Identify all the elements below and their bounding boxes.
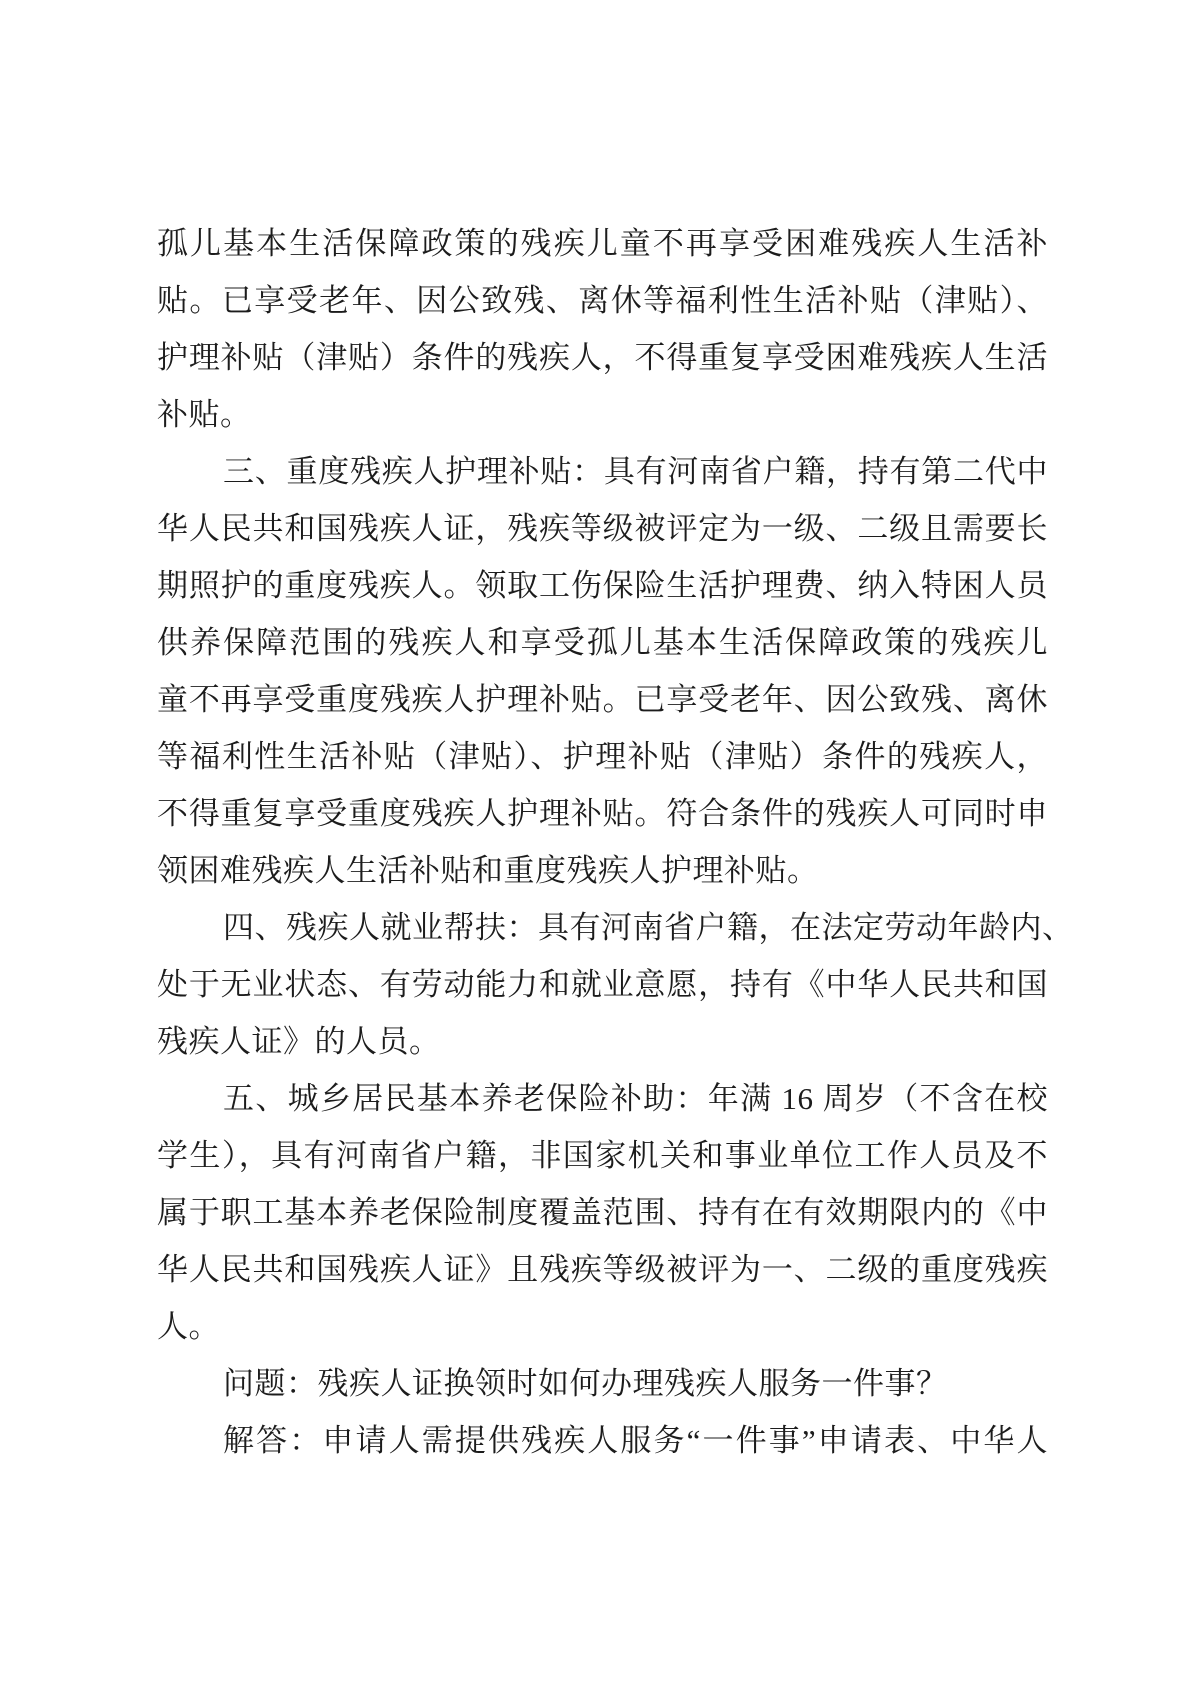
- text-line: 孤儿基本生活保障政策的残疾儿童不再享受困难残疾人生活补: [157, 215, 1048, 272]
- text-line: 残疾人证》的人员。: [157, 1013, 1048, 1070]
- text-line: 华人民共和国残疾人证，残疾等级被评定为一级、二级且需要长: [157, 500, 1048, 557]
- text-line: 属于职工基本养老保险制度覆盖范围、持有在有效期限内的《中: [157, 1184, 1048, 1241]
- text-line: 童不再享受重度残疾人护理补贴。已享受老年、因公致残、离休: [157, 671, 1048, 728]
- text-line: 贴。已享受老年、因公致残、离休等福利性生活补贴（津贴）、: [157, 272, 1048, 329]
- text-line: 人。: [157, 1298, 1048, 1355]
- text-line: 五、城乡居民基本养老保险补助：年满 16 周岁（不含在校: [157, 1070, 1048, 1127]
- text-line: 处于无业状态、有劳动能力和就业意愿，持有《中华人民共和国: [157, 956, 1048, 1013]
- text-line: 三、重度残疾人护理补贴：具有河南省户籍，持有第二代中: [157, 443, 1048, 500]
- text-line: 华人民共和国残疾人证》且残疾等级被评为一、二级的重度残疾: [157, 1241, 1048, 1298]
- text-line: 问题：残疾人证换领时如何办理残疾人服务一件事？: [157, 1355, 1048, 1412]
- text-line: 四、残疾人就业帮扶：具有河南省户籍，在法定劳动年龄内、: [157, 899, 1048, 956]
- text-line: 等福利性生活补贴（津贴）、护理补贴（津贴）条件的残疾人，: [157, 728, 1048, 785]
- document-text-block: 孤儿基本生活保障政策的残疾儿童不再享受困难残疾人生活补贴。已享受老年、因公致残、…: [157, 215, 1048, 1469]
- text-line: 补贴。: [157, 386, 1048, 443]
- text-line: 期照护的重度残疾人。领取工伤保险生活护理费、纳入特困人员: [157, 557, 1048, 614]
- text-line: 供养保障范围的残疾人和享受孤儿基本生活保障政策的残疾儿: [157, 614, 1048, 671]
- text-line: 护理补贴（津贴）条件的残疾人，不得重复享受困难残疾人生活: [157, 329, 1048, 386]
- text-line: 领困难残疾人生活补贴和重度残疾人护理补贴。: [157, 842, 1048, 899]
- text-line: 学生），具有河南省户籍，非国家机关和事业单位工作人员及不: [157, 1127, 1048, 1184]
- text-line: 不得重复享受重度残疾人护理补贴。符合条件的残疾人可同时申: [157, 785, 1048, 842]
- text-line: 解答：申请人需提供残疾人服务“一件事”申请表、中华人: [157, 1412, 1048, 1469]
- document-page: 孤儿基本生活保障政策的残疾儿童不再享受困难残疾人生活补贴。已享受老年、因公致残、…: [0, 0, 1189, 1683]
